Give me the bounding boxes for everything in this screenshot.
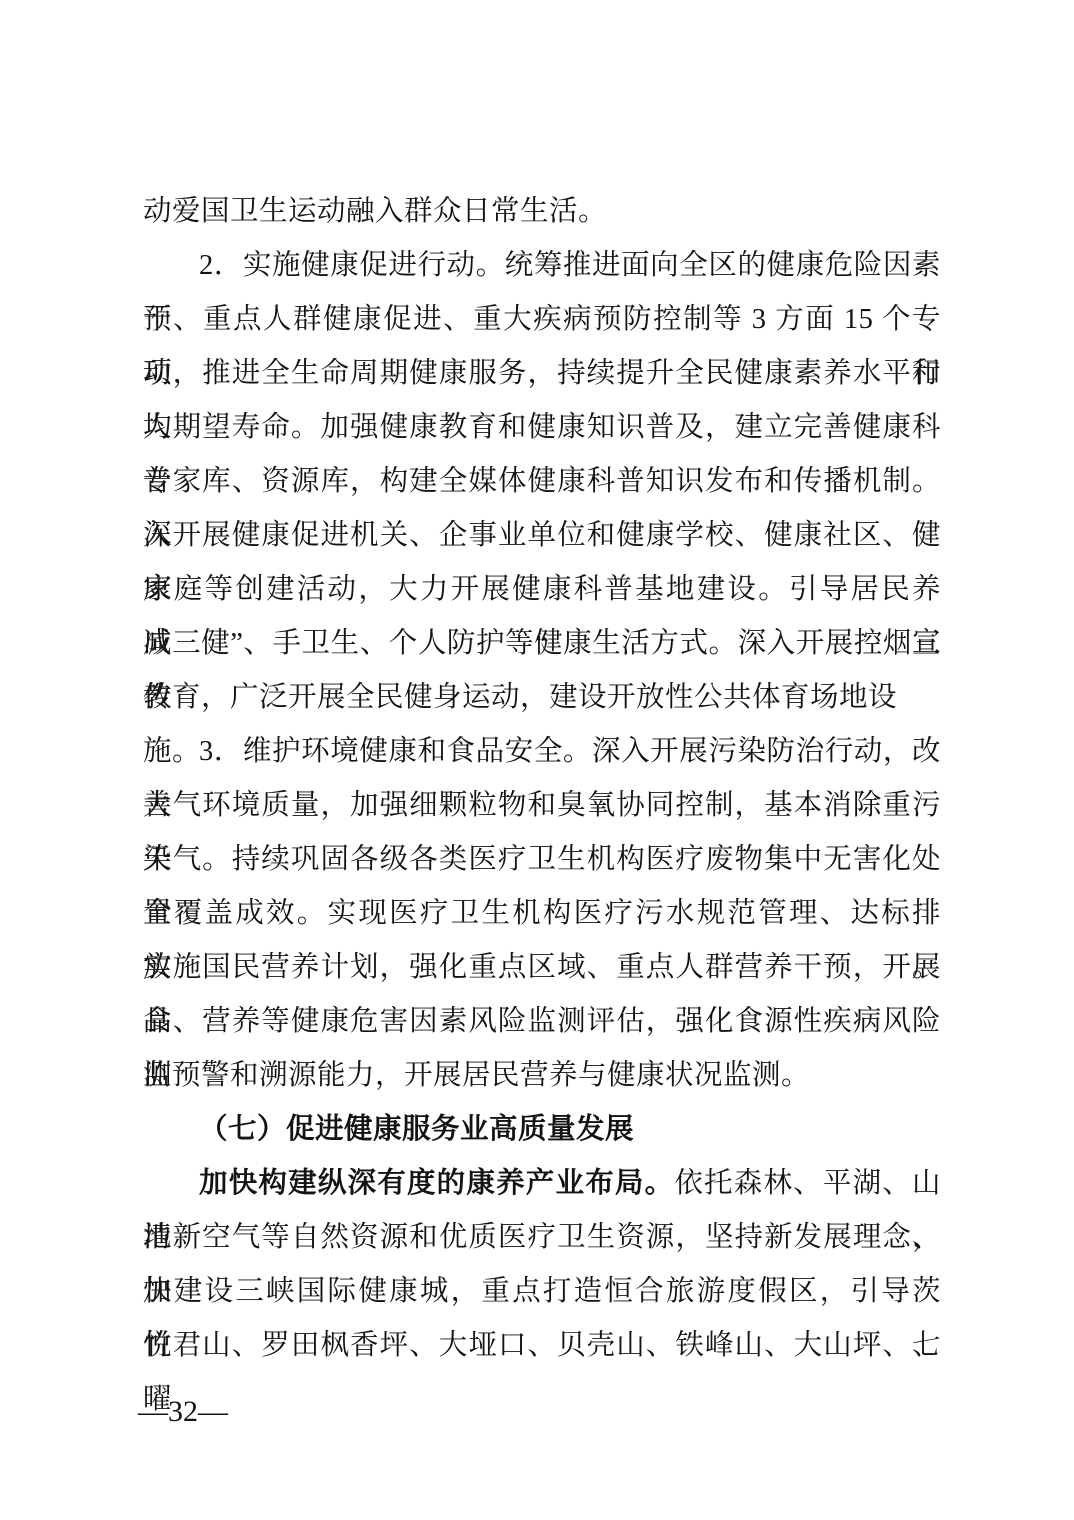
text-line: 3．维护环境健康和食品安全。深入开展污染防治行动，改善: [143, 725, 941, 779]
document-text-block: 动爱国卫生运动融入群众日常生活。2．实施健康促进行动。统筹推进面向全区的健康危险…: [143, 185, 941, 1373]
text-line: 悦君山、罗田枫香坪、大垭口、贝壳山、铁峰山、大山坪、七曜: [143, 1319, 941, 1373]
text-line: 动，推进全生命周期健康服务，持续提升全民健康素养水平和人: [143, 347, 941, 401]
paragraph-section-heading: （七）促进健康服务业高质量发展: [143, 1103, 941, 1157]
text-line: 家庭等创建活动，大力开展健康科普基地建设。引导居民养成“三: [143, 563, 941, 617]
text-line: 全覆盖成效。实现医疗卫生机构医疗污水规范管理、达标排放。: [143, 887, 941, 941]
text-line: 减三健”、手卫生、个人防护等健康生活方式。深入开展控烟宣传: [143, 617, 941, 671]
text-line: 均期望寿命。加强健康教育和健康知识普及，建立完善健康科普: [143, 401, 941, 455]
paragraph-body-continuation: 动爱国卫生运动融入群众日常生活。: [143, 185, 941, 239]
text-line: 品、营养等健康危害因素风险监测评估，强化食源性疾病风险监: [143, 995, 941, 1049]
page-footer: —32—: [138, 1392, 228, 1432]
text-run: 测预警和溯源能力，开展居民营养与健康状况监测。: [143, 1060, 810, 1091]
text-line: （七）促进健康服务业高质量发展: [143, 1103, 941, 1157]
text-line: 动爱国卫生运动融入群众日常生活。: [143, 185, 941, 239]
text-run: 动爱国卫生运动融入群众日常生活。: [143, 196, 607, 227]
text-run-bold: 加快构建纵深有度的康养产业布局。: [199, 1168, 674, 1199]
text-line: 加快构建纵深有度的康养产业布局。依托森林、平湖、山地、: [143, 1157, 941, 1211]
document-page: 动爱国卫生运动融入群众日常生活。2．实施健康促进行动。统筹推进面向全区的健康危险…: [0, 0, 1074, 1520]
paragraph-numbered-item: 2．实施健康促进行动。统筹推进面向全区的健康危险因素干预、重点人群健康促进、重大…: [143, 239, 941, 725]
paragraph-lead-bold-paragraph: 加快构建纵深有度的康养产业布局。依托森林、平湖、山地、清新空气等自然资源和优质医…: [143, 1157, 941, 1373]
text-line: 大气环境质量，加强细颗粒物和臭氧协同控制，基本消除重污染: [143, 779, 941, 833]
text-line: 天气。持续巩固各级各类医疗卫生机构医疗废物集中无害化处置: [143, 833, 941, 887]
text-run-bold: （七）促进健康服务业高质量发展: [199, 1114, 634, 1145]
text-line: 预、重点人群健康促进、重大疾病预防控制等 3 方面 15 个专项行: [143, 293, 941, 347]
text-line: 实施国民营养计划，强化重点区域、重点人群营养干预，开展食: [143, 941, 941, 995]
text-run: 悦君山、罗田枫香坪、大垭口、贝壳山、铁峰山、大山坪、七曜: [143, 1330, 941, 1415]
text-line: 教育，广泛开展全民健身运动，建设开放性公共体育场地设施。: [143, 671, 941, 725]
text-line: 2．实施健康促进行动。统筹推进面向全区的健康危险因素干: [143, 239, 941, 293]
paragraph-numbered-item: 3．维护环境健康和食品安全。深入开展污染防治行动，改善大气环境质量，加强细颗粒物…: [143, 725, 941, 1103]
text-line: 快建设三峡国际健康城，重点打造恒合旅游度假区，引导茨竹、: [143, 1265, 941, 1319]
text-line: 专家库、资源库，构建全媒体健康科普知识发布和传播机制。深: [143, 455, 941, 509]
text-line: 清新空气等自然资源和优质医疗卫生资源，坚持新发展理念，加: [143, 1211, 941, 1265]
text-line: 入开展健康促进机关、企事业单位和健康学校、健康社区、健康: [143, 509, 941, 563]
text-line: 测预警和溯源能力，开展居民营养与健康状况监测。: [143, 1049, 941, 1103]
page-number: —32—: [138, 1395, 228, 1428]
